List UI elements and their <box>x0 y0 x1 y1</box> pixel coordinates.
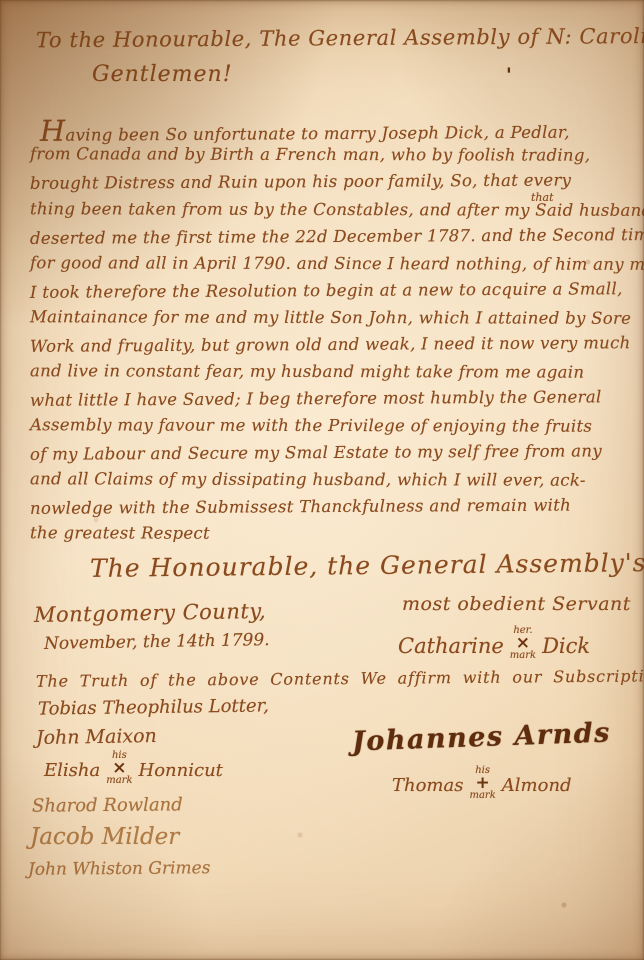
manuscript-line: from Canada and by Birth a French man, w… <box>30 144 626 165</box>
ink-blot: ' <box>506 64 512 86</box>
manuscript-line: what little I have Saved; I beg therefor… <box>30 387 626 410</box>
date-line: November, the 14th 1799. <box>44 630 270 654</box>
mark-label-bottom: mark <box>469 791 495 801</box>
manuscript-line: Having been So unfortunate to marry Jose… <box>40 116 636 145</box>
manuscript-line: brought Distress and Ruin upon his poor … <box>30 170 626 193</box>
attestation-statement: The Truth of the above Contents We affir… <box>36 666 644 690</box>
manuscript-line: and all Claims of my dissipating husband… <box>30 469 626 490</box>
witness-signature: Thomas his + mark Almond <box>392 768 572 803</box>
petitioner-signature: Catharine her. × mark Dick <box>398 628 590 663</box>
witness-signature: Tobias Theophilus Lotter, <box>38 695 269 719</box>
closing-address: The Honourable, the General Assembly's <box>90 548 644 583</box>
plus-mark-icon: + <box>476 776 490 791</box>
witness-first-name: Thomas <box>392 775 463 796</box>
manuscript-line: deserted me the first time the 22d Decem… <box>30 225 626 248</box>
witness-signature: Jacob Milder <box>30 824 179 850</box>
manuscript-line: nowledge with the Submissest Thanckfulne… <box>30 495 626 518</box>
manuscript-line: and live in constant fear, my husband mi… <box>30 361 626 382</box>
manuscript-line: I took therefore the Resolution to begin… <box>30 279 626 302</box>
signature-mark: his + mark <box>469 766 495 801</box>
witness-signature: Elisha his × mark Honnicut <box>44 753 223 788</box>
greeting-line: Gentlemen! <box>92 62 233 87</box>
witness-last-name: Almond <box>502 775 572 796</box>
salutation-line: To the Honourable, The General Assembly … <box>36 24 644 53</box>
witness-signature-bold: Johannes Arnds <box>352 717 612 757</box>
witness-signature: Sharod Rowland <box>32 794 183 816</box>
manuscript-page: To the Honourable, The General Assembly … <box>0 0 644 960</box>
place-line: Montgomery County, <box>34 599 266 627</box>
manuscript-line: for good and all in April 1790. and Sinc… <box>30 253 626 274</box>
petitioner-last-name: Dick <box>542 634 590 658</box>
signature-mark: his × mark <box>106 751 132 786</box>
manuscript-line: Assembly may favour me with the Privileg… <box>30 415 626 436</box>
interlinear-insertion: that <box>531 191 553 204</box>
witness-signature: John Maixon <box>36 725 157 749</box>
mark-label-bottom: mark <box>106 776 132 786</box>
x-mark-icon: × <box>516 636 530 651</box>
manuscript-line: Maintainance for me and my little Son Jo… <box>30 307 626 328</box>
signature-mark: her. × mark <box>510 626 536 661</box>
manuscript-line: the greatest Respect <box>30 523 626 544</box>
x-mark-icon: × <box>112 761 126 776</box>
witness-signature: John Whiston Grimes <box>28 858 211 880</box>
manuscript-line: Work and frugality, but grown old and we… <box>30 333 626 356</box>
manuscript-line: of my Labour and Secure my Smal Estate t… <box>30 441 626 464</box>
witness-first-name: Elisha <box>44 760 100 781</box>
mark-label-bottom: mark <box>510 651 536 661</box>
petitioner-first-name: Catharine <box>398 634 504 658</box>
witness-last-name: Honnicut <box>139 760 223 781</box>
closing-servant-line: most obedient Servant <box>402 593 631 615</box>
